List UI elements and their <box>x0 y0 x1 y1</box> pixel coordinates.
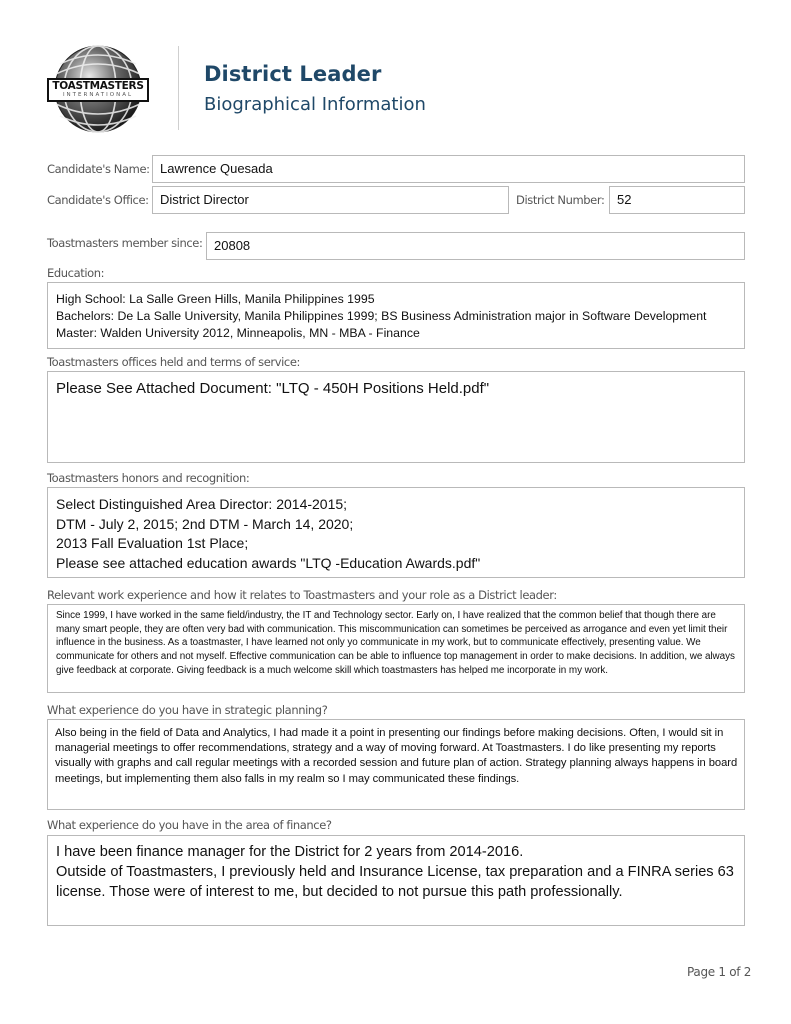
logo-subtext: INTERNATIONAL <box>48 92 148 98</box>
honors-field[interactable]: Select Distinguished Area Director: 2014… <box>47 487 745 578</box>
district-number-field[interactable]: 52 <box>609 186 745 214</box>
logo-wordmark: TOASTMASTERS <box>48 80 148 92</box>
education-value: High School: La Salle Green Hills, Manil… <box>56 291 744 342</box>
strategic-planning-label: What experience do you have in strategic… <box>47 703 327 717</box>
member-since-label: Toastmasters member since: <box>47 236 202 250</box>
honors-value: Select Distinguished Area Director: 2014… <box>56 495 744 573</box>
strategic-planning-value: Also being in the field of Data and Anal… <box>55 726 740 787</box>
offices-held-label: Toastmasters offices held and terms of s… <box>47 355 300 369</box>
page-title: District Leader <box>204 62 381 86</box>
finance-label: What experience do you have in the area … <box>47 818 332 832</box>
offices-held-value: Please See Attached Document: "LTQ - 450… <box>56 379 744 398</box>
honors-label: Toastmasters honors and recognition: <box>47 471 249 485</box>
candidate-office-value: District Director <box>153 187 508 213</box>
header-divider <box>178 46 179 130</box>
candidate-name-field[interactable]: Lawrence Quesada <box>152 155 745 183</box>
member-since-value: 20808 <box>207 233 744 259</box>
page-number: Page 1 of 2 <box>687 965 751 979</box>
work-experience-field[interactable]: Since 1999, I have worked in the same fi… <box>47 604 745 693</box>
education-field[interactable]: High School: La Salle Green Hills, Manil… <box>47 282 745 349</box>
candidate-office-label: Candidate's Office: <box>47 193 149 207</box>
candidate-name-value: Lawrence Quesada <box>153 156 744 182</box>
candidate-name-label: Candidate's Name: <box>47 162 150 176</box>
finance-value: I have been finance manager for the Dist… <box>56 842 736 902</box>
education-label: Education: <box>47 266 104 280</box>
finance-field[interactable]: I have been finance manager for the Dist… <box>47 835 745 926</box>
work-experience-label: Relevant work experience and how it rela… <box>47 588 557 602</box>
district-number-label: District Number: <box>516 193 604 207</box>
toastmasters-logo: TOASTMASTERS INTERNATIONAL <box>46 44 150 134</box>
district-number-value: 52 <box>610 187 744 213</box>
strategic-planning-field[interactable]: Also being in the field of Data and Anal… <box>47 719 745 810</box>
member-since-field[interactable]: 20808 <box>206 232 745 260</box>
page-subtitle: Biographical Information <box>204 94 426 115</box>
candidate-office-field[interactable]: District Director <box>152 186 509 214</box>
work-experience-value: Since 1999, I have worked in the same fi… <box>56 609 736 678</box>
offices-held-field[interactable]: Please See Attached Document: "LTQ - 450… <box>47 371 745 463</box>
